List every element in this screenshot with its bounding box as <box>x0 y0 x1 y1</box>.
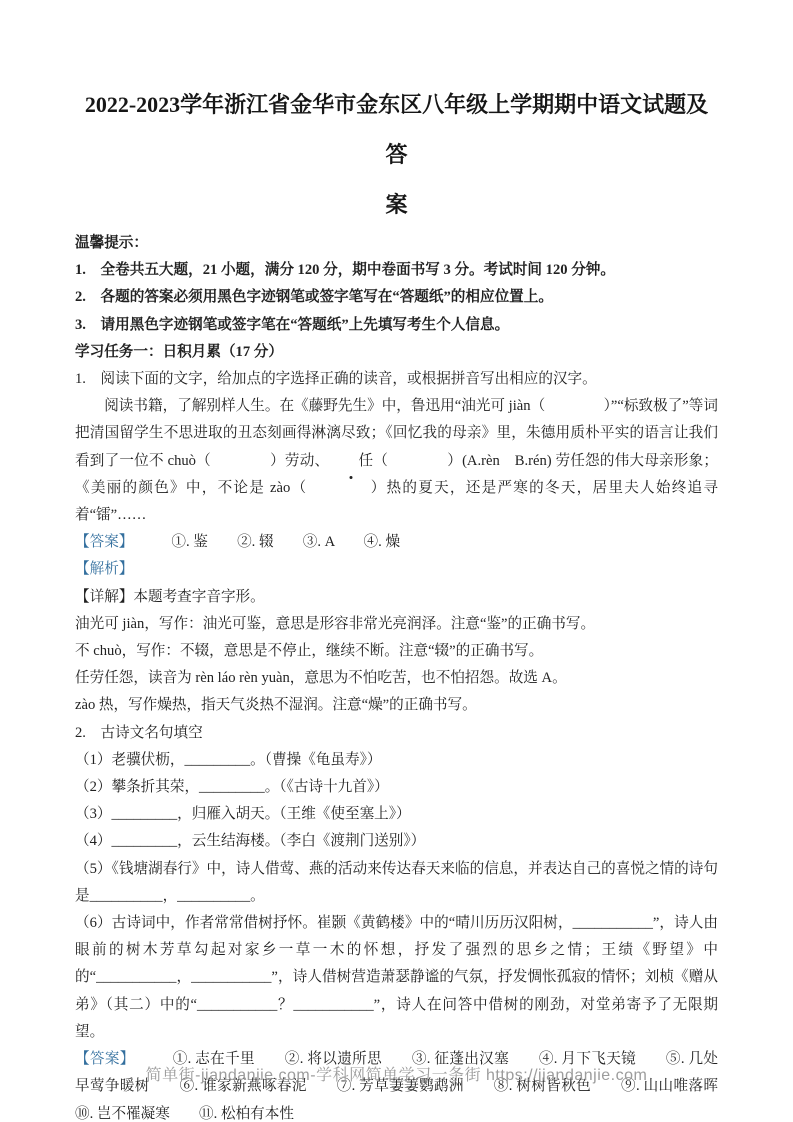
q1-answer-label: 【答案】 <box>75 534 133 550</box>
page-title: 2022-2023学年浙江省金华市金东区八年级上学期期中语文试题及答 案 <box>75 80 718 230</box>
q2-item-3: （3）_________，归雁入胡天。（王维《使至塞上》） <box>75 801 718 828</box>
page-title-line-1: 2022-2023学年浙江省金华市金东区八年级上学期期中语文试题及答 <box>75 80 718 180</box>
q2-item-2: （2）攀条折其荣，_________。（《古诗十九首》） <box>75 774 718 801</box>
section-heading: 学习任务一：日积月累（17 分） <box>75 339 718 366</box>
q2-item-4: （4）_________，云生结海楼。（李白《渡荆门送别》） <box>75 828 718 855</box>
notice-item-2: 2. 各题的答案必须用黑色字迹钢笔或签字笔写在“答题纸”的相应位置上。 <box>75 284 718 311</box>
notice-item-1: 1. 全卷共五大题，21 小题，满分 120 分，期中卷面书写 3 分。考试时间… <box>75 257 718 284</box>
q1-detail-explanation-1: 油光可 jiàn，写作：油光可鉴，意思是形容非常光亮润泽。注意“鉴”的正确书写。 <box>75 611 718 638</box>
q1-detail-explanation-3: 任劳任怨，读音为 rèn láo rèn yuàn，意思为不怕吃苦，也不怕招怨。… <box>75 665 718 692</box>
q1-stem: 1. 阅读下面的文字，给加点的字选择正确的读音，或根据拼音写出相应的汉字。 <box>75 366 718 393</box>
q2-item-5: （5）《钱塘湖春行》中，诗人借莺、燕的活动来传达春天来临的信息，并表达自己的喜悦… <box>75 856 718 910</box>
q1-detail-intro: 本题考查字音字形。 <box>133 589 264 605</box>
q1-detail-explanation-4: zào 热，写作燥热，指天气炎热不湿润。注意“燥”的正确书写。 <box>75 692 718 719</box>
q2-stem: 2. 古诗文名句填空 <box>75 720 718 747</box>
q1-passage: 阅读书籍，了解别样人生。在《藤野先生》中，鲁迅用“油光可 jiàn（ ）”“标致… <box>75 393 718 529</box>
q1-detail-line: 【详解】本题考查字音字形。 <box>75 584 718 611</box>
document-page: 2022-2023学年浙江省金华市金东区八年级上学期期中语文试题及答 案 温馨提… <box>0 0 793 1122</box>
q2-item-6: （6）古诗词中，作者常常借树抒怀。崔颢《黄鹤楼》中的“晴川历历汉阳树，_____… <box>75 910 718 1046</box>
q1-analysis-label: 【解析】 <box>75 556 718 583</box>
notice-heading: 温馨提示： <box>75 230 718 257</box>
q1-answer-line: 【答案】①. 鉴 ②. 辍 ③. A ④. 燥 <box>75 529 718 556</box>
q1-answer-text: ①. 鉴 ②. 辍 ③. A ④. 燥 <box>171 534 400 550</box>
q1-dotted-character: 任 <box>329 448 373 475</box>
q1-detail-label: 【详解】 <box>75 589 133 605</box>
footer-watermark: 简单街-jiandanjie.com-学科网简单学习一条街 https://ji… <box>0 1062 793 1090</box>
notice-item-3: 3. 请用黑色字迹钢笔或签字笔在“答题纸”上先填写考生个人信息。 <box>75 312 718 339</box>
page-title-line-2: 案 <box>75 180 718 230</box>
document-content: 2022-2023学年浙江省金华市金东区八年级上学期期中语文试题及答 案 温馨提… <box>0 0 793 1122</box>
q1-detail-explanation-2: 不 chuò，写作：不辍，意思是不停止，继续不断。注意“辍”的正确书写。 <box>75 638 718 665</box>
q2-item-1: （1）老骥伏枥，_________。（曹操《龟虽寿》） <box>75 747 718 774</box>
